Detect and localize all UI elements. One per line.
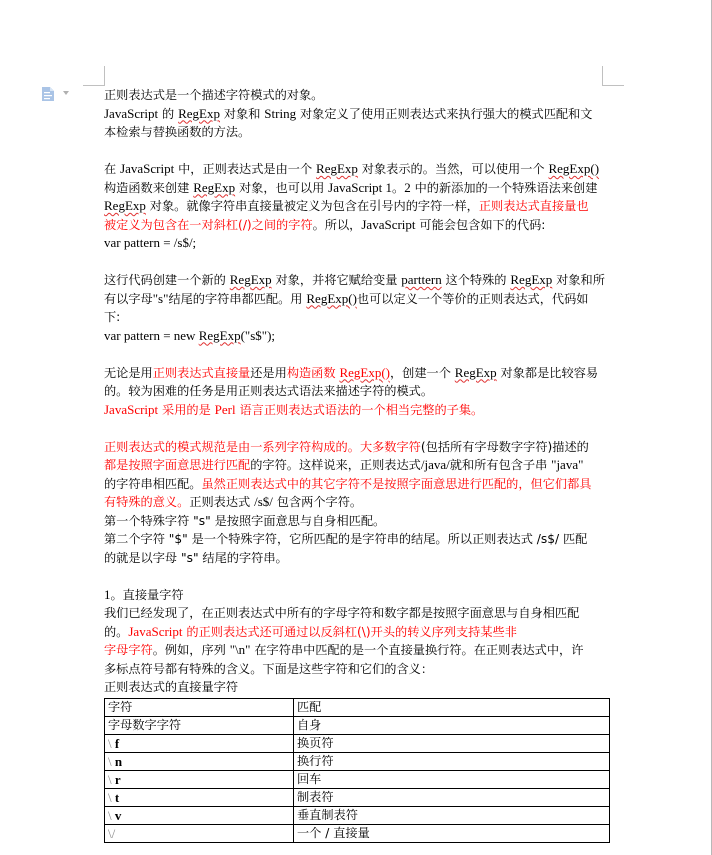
paragraph: 被定义为包含在一对斜杠(/)之间的字符。所以，JavaScript 可能会包含如…: [104, 216, 610, 235]
chevron-down-icon[interactable]: [63, 91, 69, 95]
paragraph: 第二个字符 "$" 是一个特殊字符，它所匹配的是字符串的结尾。所以正则表达式 /…: [104, 530, 610, 549]
table-cell: \ t: [105, 788, 294, 806]
table-row: \ v 垂直制表符: [105, 806, 610, 824]
paragraph: 正则表达式是一个描述字符模式的对象。: [104, 86, 610, 105]
table-cell: 一个 / 直接量: [294, 824, 610, 842]
paragraph: 多标点符号都有特殊的含义。下面是这些字符和它们的含义：: [104, 660, 610, 679]
paragraph: RegExp 对象。就像字符串直接量被定义为包含在引号内的字符一样，正则表达式直…: [104, 197, 610, 216]
paragraph: 无论是用正则表达式直接量还是用构造函数 RegExp()，创建一个 RegExp…: [104, 364, 610, 383]
paragraph: 构造函数来创建 RegExp 对象，也可以用 JavaScript 1。2 中的…: [104, 179, 610, 198]
paragraph: 第一个特殊字符 "s" 是按照字面意思与自身相匹配。: [104, 512, 610, 531]
table-header-row: 字符 匹配: [105, 698, 610, 716]
paragraph: 这行代码创建一个新的 RegExp 对象，并将它赋给变量 parttern 这个…: [104, 271, 610, 290]
table-cell: \ r: [105, 770, 294, 788]
table-row: \ r 回车: [105, 770, 610, 788]
paragraph: JavaScript 采用的是 Perl 语言正则表达式语法的一个相当完整的子集…: [104, 401, 610, 420]
paragraph: 下:: [104, 308, 610, 327]
table-cell: \/: [105, 824, 294, 842]
paragraph: 的字符串相匹配。虽然正则表达式中的其它字符不是按照字面意思进行匹配的，但它们都具: [104, 475, 610, 494]
paragraph: 字母字符。例如，序列 "\n" 在字符串中匹配的是一个直接量换行符。在正则表达式…: [104, 641, 610, 660]
document-body[interactable]: 正则表达式是一个描述字符模式的对象。 JavaScript 的 RegExp 对…: [104, 86, 610, 843]
paragraph-options-icon[interactable]: [42, 87, 54, 101]
paragraph: 的就是以字母 "s" 结尾的字符串。: [104, 549, 610, 568]
table-cell: 垂直制表符: [294, 806, 610, 824]
table-cell: 换页符: [294, 734, 610, 752]
paragraph: JavaScript 的 RegExp 对象和 String 对象定义了使用正则…: [104, 105, 610, 124]
paragraph: 的。较为困难的任务是用正则表达式语法来描述字符的模式。: [104, 382, 610, 401]
paragraph: 在 JavaScript 中，正则表达式是由一个 RegExp 对象表示的。当然…: [104, 160, 610, 179]
paragraph: 有以字母"s"结尾的字符串都匹配。用 RegExp()也可以定义一个等价的正则表…: [104, 290, 610, 309]
paragraph: 都是按照字面意思进行匹配的字符。这样说来，正则表达式/java/就和所有包含子串…: [104, 456, 610, 475]
table-row: \/ 一个 / 直接量: [105, 824, 610, 842]
paragraph: 正则表达式的模式规范是由一系列字符构成的。大多数字符(包括所有字母数字字符)描述…: [104, 438, 610, 457]
table-cell: 换行符: [294, 752, 610, 770]
table-cell: 制表符: [294, 788, 610, 806]
table-header-cell: 字符: [105, 698, 294, 716]
paragraph: 本检索与替换函数的方法。: [104, 123, 610, 142]
paragraph: 的。JavaScript 的正则表达式还可通过以反斜杠(\)开头的转义序列支持某…: [104, 623, 610, 642]
table-cell: 回车: [294, 770, 610, 788]
table-row: \ f 换页符: [105, 734, 610, 752]
code-line: var pattern = /s$/;: [104, 234, 610, 253]
table-row: \ t 制表符: [105, 788, 610, 806]
paragraph: 有特殊的意义。正则表达式 /s$/ 包含两个字符。: [104, 493, 610, 512]
literal-characters-table: 字符 匹配 字母数字字符 自身 \ f 换页符 \ n 换行符 \ r 回车 \…: [104, 698, 610, 843]
table-row: 字母数字字符 自身: [105, 716, 610, 734]
table-cell: 自身: [294, 716, 610, 734]
table-caption: 正则表达式的直接量字符: [104, 678, 610, 697]
table-row: \ n 换行符: [105, 752, 610, 770]
table-cell: \ f: [105, 734, 294, 752]
code-line: var pattern = new RegExp("s$");: [104, 327, 610, 346]
section-heading: 1。直接量字符: [104, 586, 610, 605]
table-cell: 字母数字字符: [105, 716, 294, 734]
paragraph: 我们已经发现了，在正则表达式中所有的字母字符和数字都是按照字面意思与自身相匹配: [104, 604, 610, 623]
table-header-cell: 匹配: [294, 698, 610, 716]
table-cell: \ n: [105, 752, 294, 770]
table-cell: \ v: [105, 806, 294, 824]
